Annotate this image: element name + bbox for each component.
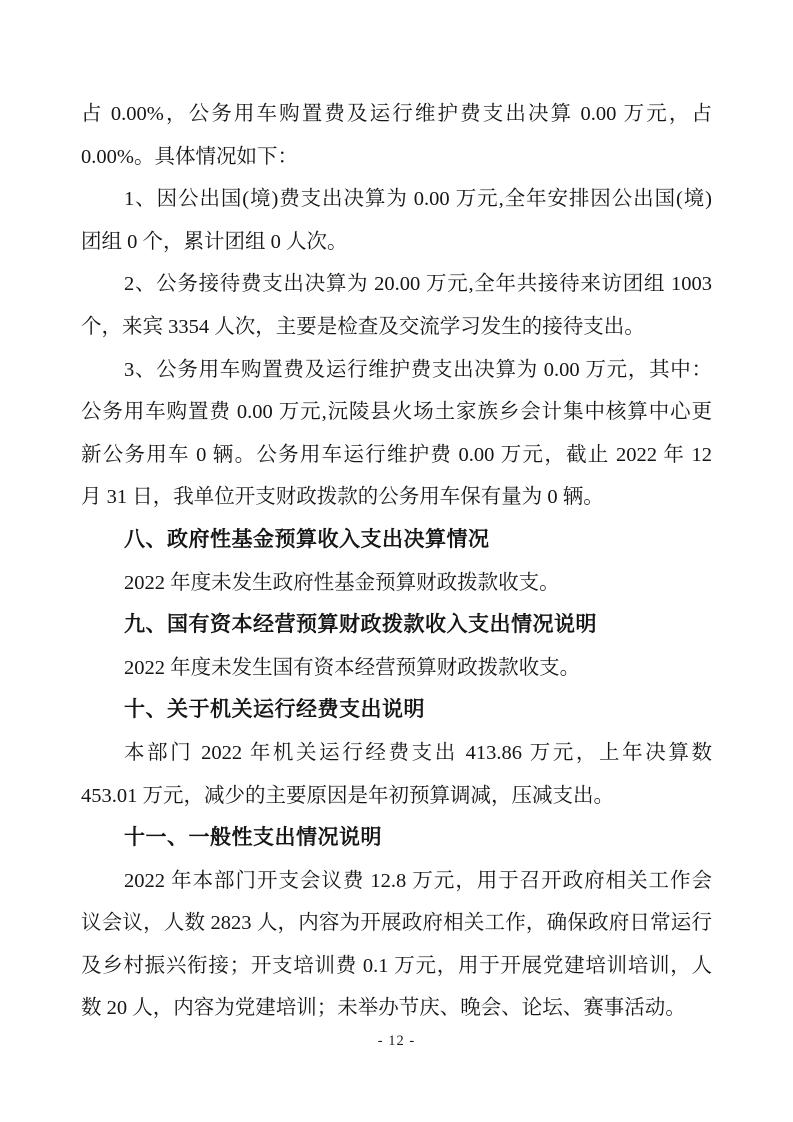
text-line: 月 31 日，我单位开支财政拨款的公务用车保有量为 0 辆。 <box>81 476 712 519</box>
text-line: 议会议，人数 2823 人，内容为开展政府相关工作，确保政府日常运行 <box>81 902 712 945</box>
text-line: 1、因公出国(境)费支出决算为 0.00 万元,全年安排因公出国(境) <box>81 178 712 221</box>
text-line: 本部门 2022 年机关运行经费支出 413.86 万元，上年决算数 <box>81 732 712 775</box>
section-heading: 八、政府性基金预算收入支出决算情况 <box>81 519 712 562</box>
text-line: 2022 年度未发生国有资本经营预算财政拨款收支。 <box>81 647 712 690</box>
document-page: 占 0.00%，公务用车购置费及运行维护费支出决算 0.00 万元，占0.00%… <box>0 0 793 1122</box>
text-line: 占 0.00%，公务用车购置费及运行维护费支出决算 0.00 万元，占 <box>81 93 712 136</box>
text-line: 2、公务接待费支出决算为 20.00 万元,全年共接待来访团组 1003 <box>81 263 712 306</box>
text-line: 2022 年度未发生政府性基金预算财政拨款收支。 <box>81 562 712 605</box>
text-line: 2022 年本部门开支会议费 12.8 万元，用于召开政府相关工作会 <box>81 860 712 903</box>
text-line: 团组 0 个，累计团组 0 人次。 <box>81 221 712 264</box>
text-line: 3、公务用车购置费及运行维护费支出决算为 0.00 万元，其中： <box>81 349 712 392</box>
page-number: - 12 - <box>0 1030 793 1052</box>
text-line: 新公务用车 0 辆。公务用车运行维护费 0.00 万元，截止 2022 年 12 <box>81 434 712 477</box>
text-line: 公务用车购置费 0.00 万元,沅陵县火场土家族乡会计集中核算中心更 <box>81 391 712 434</box>
section-heading: 十、关于机关运行经费支出说明 <box>81 689 712 732</box>
section-heading: 十一、一般性支出情况说明 <box>81 817 712 860</box>
text-line: 个，来宾 3354 人次，主要是检查及交流学习发生的接待支出。 <box>81 306 712 349</box>
text-line: 及乡村振兴衔接；开支培训费 0.1 万元，用于开展党建培训培训，人 <box>81 945 712 988</box>
text-line: 0.00%。具体情况如下： <box>81 136 712 179</box>
section-heading: 九、国有资本经营预算财政拨款收入支出情况说明 <box>81 604 712 647</box>
text-line: 453.01 万元，减少的主要原因是年初预算调减，压减支出。 <box>81 775 712 818</box>
text-line: 数 20 人，内容为党建培训；未举办节庆、晚会、论坛、赛事活动。 <box>81 987 712 1030</box>
document-body: 占 0.00%，公务用车购置费及运行维护费支出决算 0.00 万元，占0.00%… <box>81 93 712 1030</box>
